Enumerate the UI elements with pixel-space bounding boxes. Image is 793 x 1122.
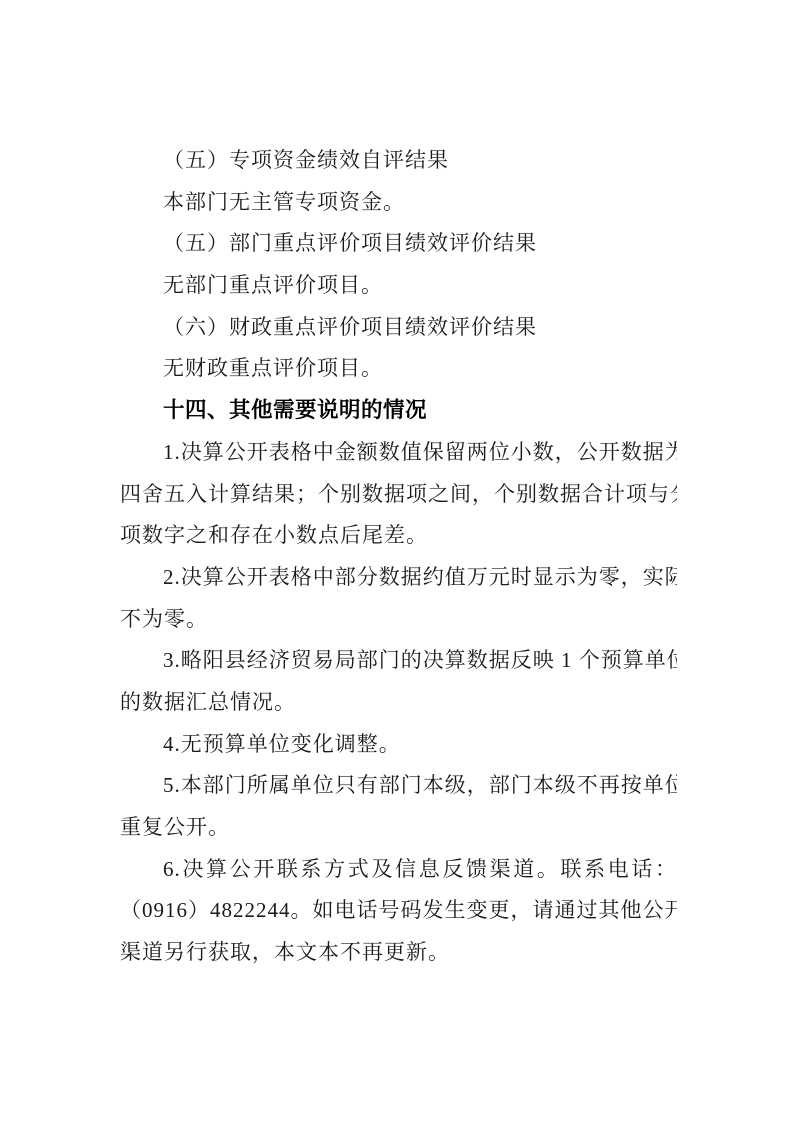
paragraph-line: 渠道另行获取，本文本不再更新。 <box>120 932 677 974</box>
subheading-finance-key-eval: （六）财政重点评价项目绩效评价结果 <box>120 307 677 349</box>
subheading-dept-key-eval: （五）部门重点评价项目绩效评价结果 <box>120 223 677 265</box>
paragraph-line: 不为零。 <box>120 599 677 641</box>
document-body: （五）专项资金绩效自评结果 本部门无主管专项资金。 （五）部门重点评价项目绩效评… <box>120 140 677 974</box>
paragraph-line: 四舍五入计算结果；个别数据项之间，个别数据合计项与分 <box>120 474 677 516</box>
paragraph-line: 本部门无主管专项资金。 <box>120 182 677 224</box>
paragraph-line: 无部门重点评价项目。 <box>120 265 677 307</box>
paragraph-line: 3.略阳县经济贸易局部门的决算数据反映 1 个预算单位 <box>120 640 677 682</box>
section-title-other-notes: 十四、其他需要说明的情况 <box>120 390 677 432</box>
paragraph-line: 5.本部门所属单位只有部门本级，部门本级不再按单位 <box>120 765 677 807</box>
paragraph-line: 无财政重点评价项目。 <box>120 348 677 390</box>
paragraph-line: 重复公开。 <box>120 807 677 849</box>
paragraph-line: 4.无预算单位变化调整。 <box>120 724 677 766</box>
document-page: （五）专项资金绩效自评结果 本部门无主管专项资金。 （五）部门重点评价项目绩效评… <box>0 0 793 1122</box>
paragraph-line: 6.决算公开联系方式及信息反馈渠道。联系电话： <box>120 849 677 891</box>
paragraph-line-phone: （0916）4822244。如电话号码发生变更，请通过其他公开 <box>120 890 677 932</box>
subheading-special-funds-self-eval: （五）专项资金绩效自评结果 <box>120 140 677 182</box>
paragraph-line: 项数字之和存在小数点后尾差。 <box>120 515 677 557</box>
paragraph-line: 的数据汇总情况。 <box>120 682 677 724</box>
paragraph-line: 2.决算公开表格中部分数据约值万元时显示为零，实际 <box>120 557 677 599</box>
paragraph-line: 1.决算公开表格中金额数值保留两位小数，公开数据为 <box>120 432 677 474</box>
